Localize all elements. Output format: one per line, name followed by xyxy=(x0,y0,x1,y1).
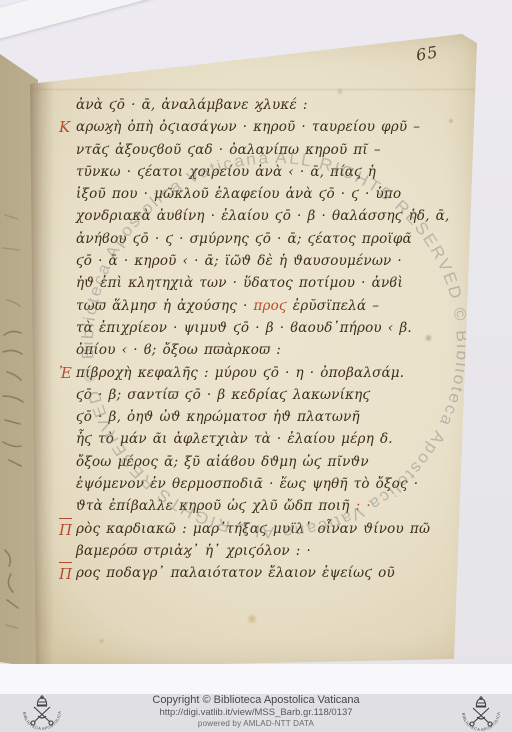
manuscript-page: 65 ἀνὰ ϛō · ᾱ, ἀναλάμβανε ϗλυκέ :Καρωϗὴ … xyxy=(28,32,480,672)
background-paper-band xyxy=(0,0,216,43)
footer-url: http://digi.vatlib.it/view/MSS_Barb.gr.1… xyxy=(0,707,512,718)
footer-copyright: Copyright © Biblioteca Apostolica Vatica… xyxy=(0,694,512,706)
footer-powered-by: powered by AMLAD-NTT DATA xyxy=(0,719,512,728)
page-crease xyxy=(28,88,480,91)
digitized-manuscript-viewer: { "photo": { "folio_number": "65" }, "ma… xyxy=(0,0,512,732)
page-edge-shading xyxy=(28,32,480,672)
footer-white-strip xyxy=(0,664,512,694)
